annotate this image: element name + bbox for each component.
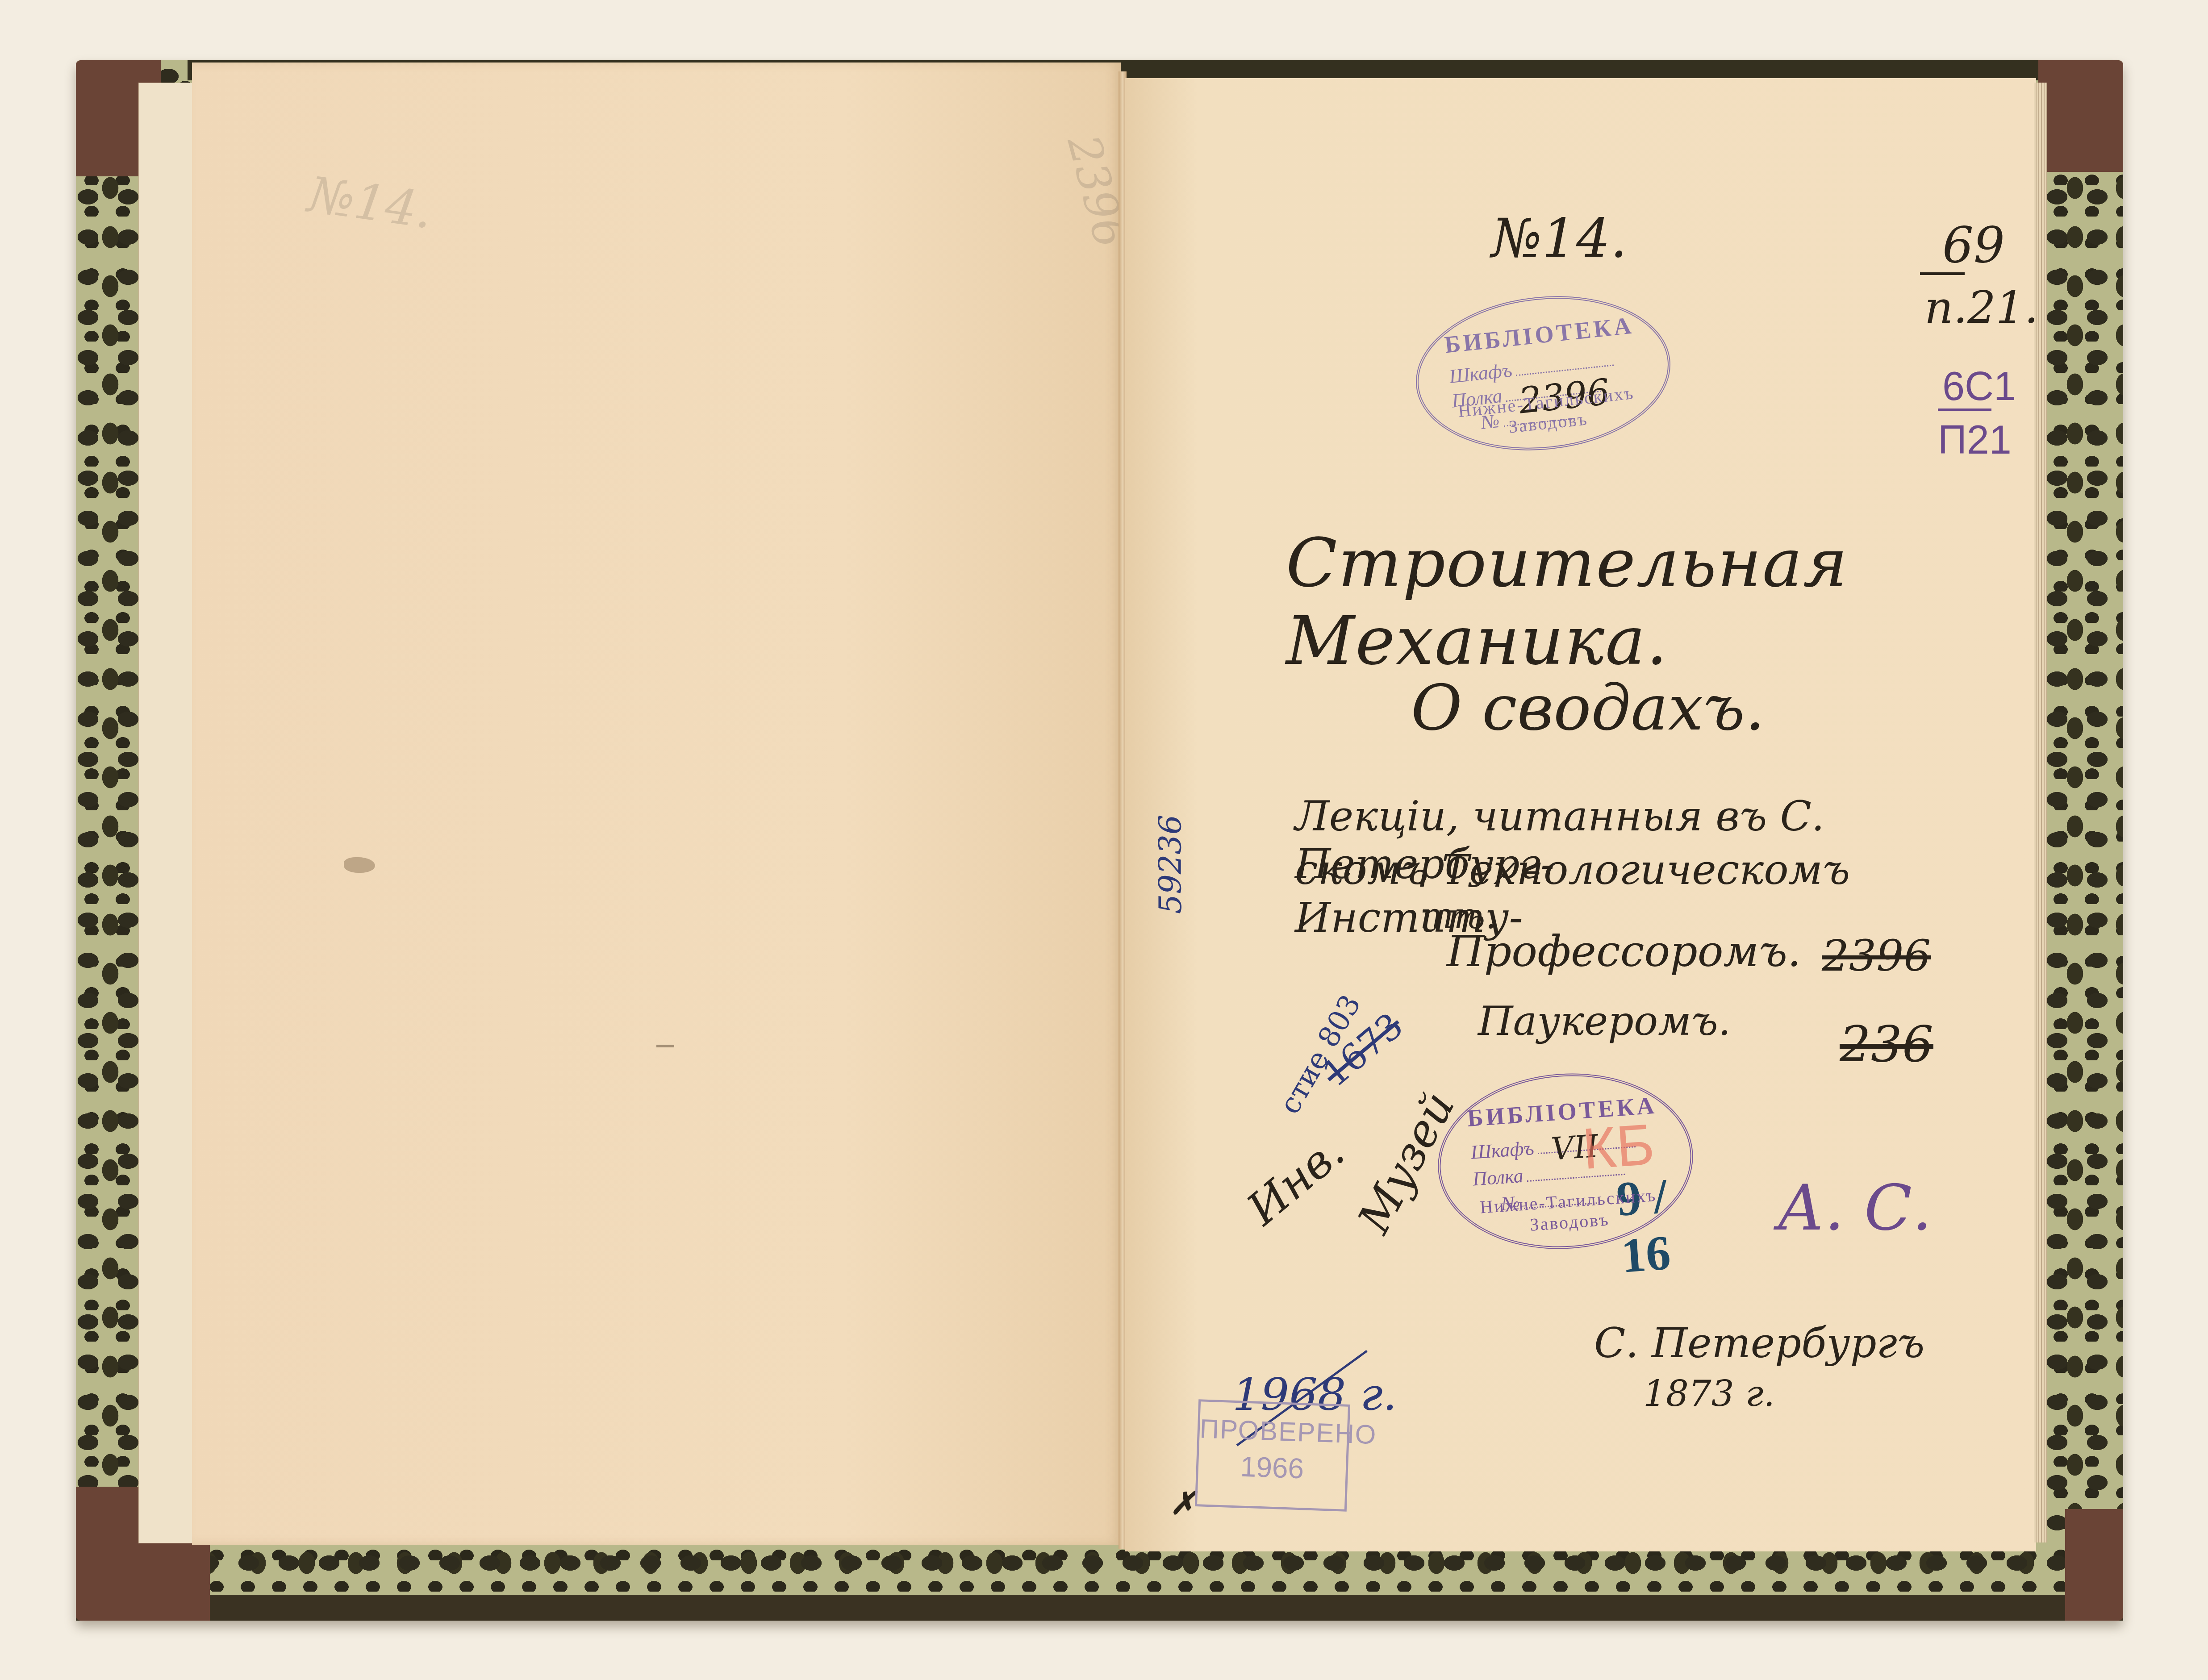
checked-stamp: ПРОВЕРЕНО 1966 [1195, 1399, 1350, 1512]
author-name: Паукеромъ. [1478, 998, 1731, 1045]
author-prefix: Профессоромъ. [1447, 926, 1801, 976]
leather-corner-bottom-right [2065, 1509, 2123, 1621]
shelf-mark-purple-bottom: П21 [1938, 417, 2012, 463]
ink-blot [344, 857, 375, 873]
book-subtitle: О сводахъ. [1411, 672, 1765, 745]
library-stamp-lower: БИБЛІОТЕКА Шкафъ Полка № VII КБ 9 / 16 Н… [1432, 1065, 1699, 1258]
item-number: №14. [1491, 208, 1627, 270]
book-title: Строительная Механика. [1286, 525, 2036, 680]
struck-inventory-number-2: 236 [1840, 1016, 1933, 1073]
struck-inventory-number-1: 2396 [1822, 931, 1931, 981]
shelf-mark-purple-top: 6С1 [1942, 364, 2016, 410]
left-endpaper-page: №14. 2396 [192, 63, 1121, 1545]
shelf-mark-purple-divider [1938, 409, 1991, 411]
cover-bottom-edge [76, 1595, 2123, 1621]
shelf-mark-bottom: п.21. [1924, 281, 2038, 333]
checked-stamp-year: 1966 [1198, 1448, 1346, 1486]
offset-mark [656, 1045, 674, 1070]
shelf-mark-divider [1920, 272, 1965, 275]
vertical-accession-number: 59236 [1152, 815, 1189, 914]
leather-corner-top-right [2038, 60, 2123, 172]
publication-place: С. Петербургъ [1594, 1319, 1924, 1367]
publication-year: 1873 г. [1643, 1373, 1775, 1414]
bottom-scribble-signature: ✗ [1170, 1484, 1196, 1522]
faint-pencil-number: №14. [305, 166, 436, 240]
stamp-header: БИБЛІОТЕКА [1413, 308, 1665, 362]
library-stamp-upper: БИБЛІОТЕКА Шкафъ Полка № 2396 Нижне-Таги… [1408, 284, 1678, 463]
shelf-mark-top: 69 [1942, 217, 2005, 274]
page-block-edges [2034, 83, 2047, 1542]
title-page: №14. 69 п.21. 6С1 П21 БИБЛІОТЕКА Шкафъ П… [1125, 78, 2036, 1551]
checked-stamp-label: ПРОВЕРЕНО [1199, 1413, 1348, 1449]
museum-note-inv: Инв. [1237, 1126, 1354, 1235]
initials: А. С. [1777, 1172, 1932, 1245]
